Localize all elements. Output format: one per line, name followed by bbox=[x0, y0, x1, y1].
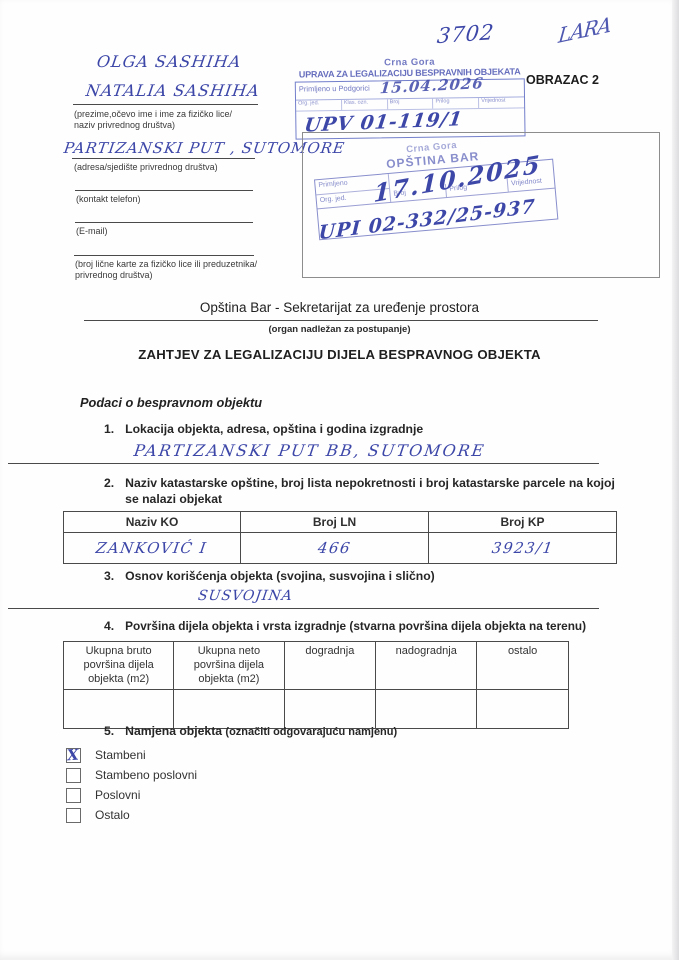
checkbox-stambeno-poslovni bbox=[66, 768, 81, 783]
item-2-number: 2. bbox=[104, 476, 114, 507]
area-value-row bbox=[64, 690, 569, 729]
item-1-handwritten-value: PARTIZANSKI PUT BB, SUTOMORE bbox=[133, 441, 487, 460]
checkbox-label-poslovni: Poslovni bbox=[95, 788, 140, 802]
area-table: Ukupna bruto površina dijela objekta (m2… bbox=[63, 641, 569, 729]
item-4-number: 4. bbox=[104, 619, 114, 635]
stamp-col-klas: Klas. ozn. bbox=[342, 99, 388, 110]
cadastre-cell-broj-ln: 466 bbox=[241, 533, 429, 564]
cadastre-table: Naziv KO Broj LN Broj KP ZANKOVIĆ I 466 … bbox=[63, 511, 617, 564]
item-3-number: 3. bbox=[104, 569, 114, 585]
checkbox-row-stambeno-poslovni: Stambeno poslovni bbox=[66, 765, 197, 785]
checkbox-label-stambeni: Stambeni bbox=[95, 748, 146, 762]
item-3-line bbox=[8, 608, 599, 609]
item-1-number: 1. bbox=[104, 422, 114, 438]
section-title: Podaci o bespravnom objektu bbox=[80, 395, 262, 410]
name-field-line bbox=[73, 104, 258, 105]
area-header-row: Ukupna bruto površina dijela objekta (m2… bbox=[64, 642, 569, 690]
stamp-col-prilog: Prilog bbox=[433, 98, 479, 109]
purpose-checkbox-group: X Stambeni Stambeno poslovni Poslovni Os… bbox=[66, 745, 197, 825]
applicant-name-line1: OLGA SASHIHA bbox=[96, 52, 243, 71]
stamp-grid: Primljeno u Podgorici 15.04.2026 Org. je… bbox=[295, 78, 526, 139]
id-field-line bbox=[74, 255, 254, 256]
cadastre-header-naziv-ko: Naziv KO bbox=[64, 512, 241, 533]
item-4: 4. Površina dijela objekta i vrsta izgra… bbox=[104, 619, 664, 635]
authority-underline bbox=[84, 320, 598, 321]
address-field-line bbox=[72, 158, 255, 159]
email-field-line bbox=[75, 222, 253, 223]
checkbox-label-stambeno-poslovni: Stambeno poslovni bbox=[95, 768, 197, 782]
phone-field-label: (kontakt telefon) bbox=[76, 194, 141, 205]
cadastre-header-broj-ln: Broj LN bbox=[241, 512, 429, 533]
checkbox-x-mark: X bbox=[66, 745, 80, 764]
checkbox-row-poslovni: Poslovni bbox=[66, 785, 197, 805]
stamp-col-broj: Broj bbox=[388, 99, 434, 110]
cadastre-header-broj-kp: Broj KP bbox=[429, 512, 617, 533]
item-1-label: Lokacija objekta, adresa, opština i godi… bbox=[125, 422, 423, 438]
handwritten-protocol-number: 3702 bbox=[436, 20, 496, 48]
cadastre-cell-broj-kp: 3923/1 bbox=[429, 533, 617, 564]
address-field-label: (adresa/sjedište privrednog društva) bbox=[74, 162, 218, 173]
item-3-label: Osnov korišćenja objekta (svojina, susvo… bbox=[125, 569, 435, 585]
item-5-label: Namjena objekta (označiti odgovarajuću n… bbox=[125, 724, 397, 740]
id-field-label-line2: privrednog društva) bbox=[75, 270, 257, 281]
cadastre-value-broj-kp: 3923/1 bbox=[490, 539, 554, 557]
form-title: ZAHTJEV ZA LEGALIZACIJU DIJELA BESPRAVNO… bbox=[0, 347, 679, 362]
area-cell-bruto bbox=[64, 690, 174, 729]
cadastre-value-row: ZANKOVIĆ I 466 3923/1 bbox=[64, 533, 617, 564]
email-field-label: (E-mail) bbox=[76, 226, 108, 237]
scan-edge bbox=[672, 0, 679, 960]
area-cell-dogradnja bbox=[284, 690, 376, 729]
checkbox-ostalo bbox=[66, 808, 81, 823]
item-5-label-bold: Namjena objekta bbox=[125, 724, 222, 738]
checkbox-poslovni bbox=[66, 788, 81, 803]
area-header-dogradnja: dogradnja bbox=[284, 642, 376, 690]
checkbox-stambeni: X bbox=[66, 748, 81, 763]
stamp-received-date-handwritten: 15.04.2026 bbox=[379, 74, 484, 97]
area-header-nadogradnja: nadogradnja bbox=[376, 642, 477, 690]
phone-field-line bbox=[75, 190, 253, 191]
item-5-label-paren: (označiti odgovarajuću namjenu) bbox=[225, 726, 397, 738]
authority-name: Opština Bar - Sekretarijat za uređenje p… bbox=[0, 300, 679, 315]
name-field-label-line1: (prezime,očevo ime i ime za fizičko lice… bbox=[74, 109, 232, 120]
cadastre-value-naziv-ko: ZANKOVIĆ I bbox=[95, 539, 209, 557]
id-field-label-line1: (broj lične karte za fizičko lice ili pr… bbox=[75, 259, 257, 270]
form-code-label: OBRAZAC 2 bbox=[526, 73, 599, 87]
scanned-form-page: 3702 LARA OBRAZAC 2 OLGA SASHIHA NATALIA… bbox=[0, 0, 679, 960]
id-field-label: (broj lične karte za fizičko lice ili pr… bbox=[75, 259, 257, 281]
name-field-label-line2: naziv privrednog društva) bbox=[74, 120, 232, 131]
cadastre-cell-naziv-ko: ZANKOVIĆ I bbox=[64, 533, 241, 564]
handwritten-paraph: LARA bbox=[557, 12, 612, 48]
authority-label: (organ nadležan za postupanje) bbox=[0, 324, 679, 335]
area-cell-neto bbox=[174, 690, 284, 729]
area-cell-ostalo bbox=[477, 690, 569, 729]
item-4-label: Površina dijela objekta i vrsta izgradnj… bbox=[125, 619, 586, 635]
stamp-col-org: Org. jed. bbox=[296, 100, 342, 111]
area-header-ostalo: ostalo bbox=[477, 642, 569, 690]
checkbox-label-ostalo: Ostalo bbox=[95, 808, 130, 822]
stamp-uprava-legalizacija: Crna Gora UPRAVA ZA LEGALIZACIJU BESPRAV… bbox=[294, 55, 525, 139]
item-2-label: Naziv katastarske opštine, broj lista ne… bbox=[125, 476, 620, 507]
item-1: 1. Lokacija objekta, adresa, opština i g… bbox=[104, 422, 423, 438]
item-1-line bbox=[8, 463, 599, 464]
item-2: 2. Naziv katastarske opštine, broj lista… bbox=[104, 476, 620, 507]
item-3: 3. Osnov korišćenja objekta (svojina, su… bbox=[104, 569, 435, 585]
item-5: 5. Namjena objekta (označiti odgovarajuć… bbox=[104, 724, 397, 740]
area-cell-nadogradnja bbox=[376, 690, 477, 729]
item-3-handwritten-value: SUSVOJINA bbox=[197, 588, 294, 604]
area-header-bruto: Ukupna bruto površina dijela objekta (m2… bbox=[64, 642, 174, 690]
cadastre-header-row: Naziv KO Broj LN Broj KP bbox=[64, 512, 617, 533]
stamp-col-vrijednost: Vrijednost bbox=[479, 97, 524, 108]
stamp-received-label: Primljeno u Podgorici bbox=[299, 84, 370, 94]
checkbox-row-ostalo: Ostalo bbox=[66, 805, 197, 825]
name-field-label: (prezime,očevo ime i ime za fizičko lice… bbox=[74, 109, 232, 131]
checkbox-row-stambeni: X Stambeni bbox=[66, 745, 197, 765]
applicant-name-line2: NATALIA SASHIHA bbox=[85, 81, 262, 100]
item-5-number: 5. bbox=[104, 724, 114, 740]
area-header-neto: Ukupna neto površina dijela objekta (m2) bbox=[174, 642, 284, 690]
cadastre-value-broj-ln: 466 bbox=[317, 539, 353, 557]
